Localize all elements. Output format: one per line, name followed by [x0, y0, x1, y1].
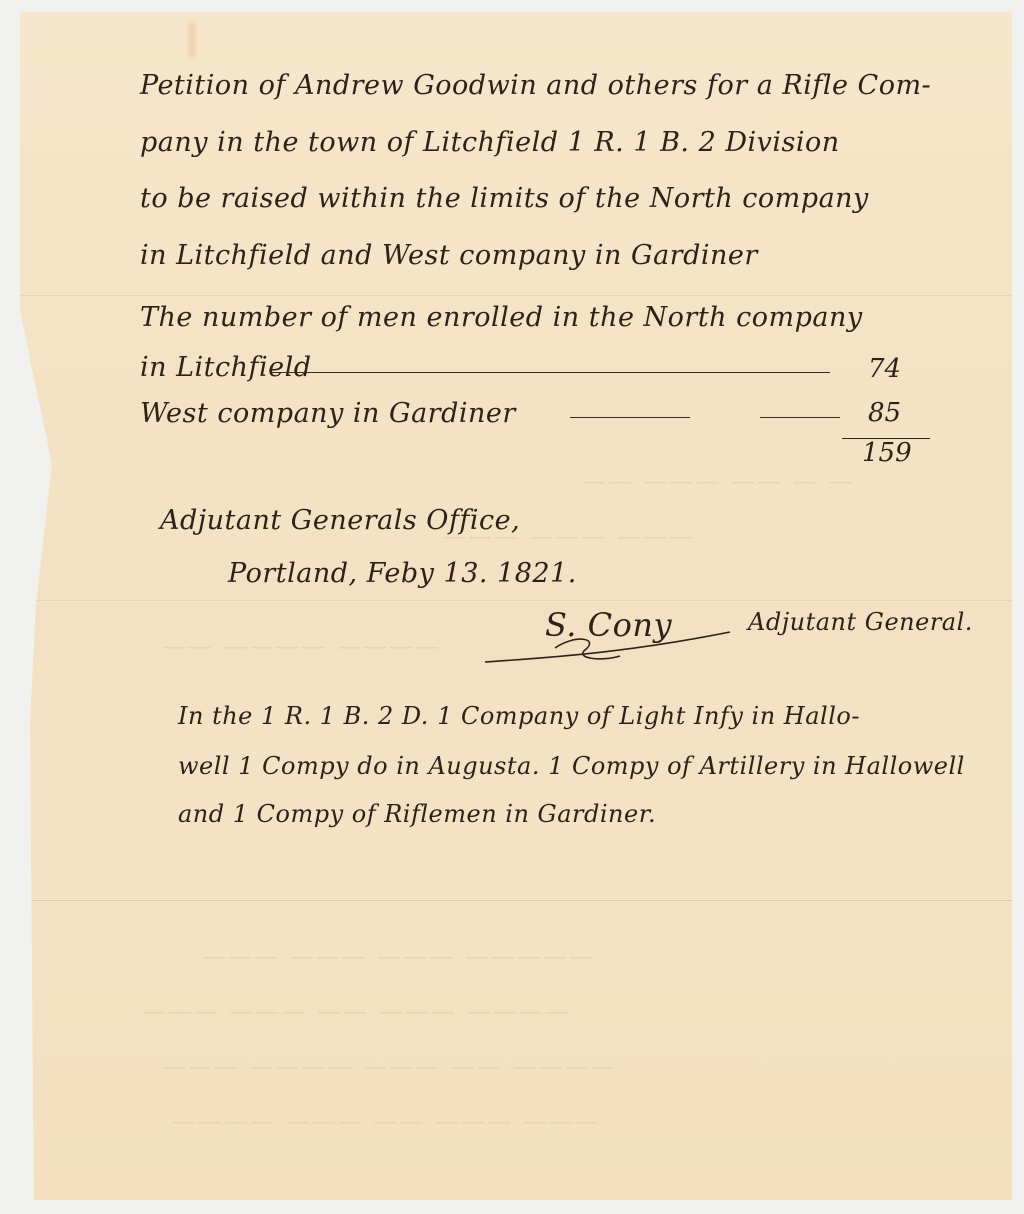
enrollment-row-value: 74 [868, 354, 901, 384]
bleed-through: ———— ——— —— ——— ——— [140, 997, 569, 1025]
office-name: Adjutant Generals Office, [160, 505, 520, 536]
document-scan: — — —— ——— —— ——— ——— ——— ———— ———— —— —… [0, 0, 1024, 1214]
bleed-through: ———— ———— —— [160, 632, 439, 660]
paper-stain [188, 22, 196, 58]
leader-line [760, 417, 840, 418]
bleed-through: — — —— ——— —— [580, 467, 853, 495]
note-line-2: well 1 Compy do in Augusta. 1 Compy of A… [178, 752, 965, 780]
enrollment-total: 159 [862, 438, 912, 468]
office-date: Portland, Feby 13. 1821. [228, 558, 577, 589]
bleed-through: ———— —— ——— ———— ——— [160, 1052, 615, 1080]
note-line-1: In the 1 R. 1 B. 2 D. 1 Company of Light… [178, 702, 860, 730]
enrollment-row-label: West company in Gardiner [140, 398, 516, 429]
enrollment-heading: The number of men enrolled in the North … [140, 302, 863, 333]
petition-line-4: in Litchfield and West company in Gardin… [140, 240, 758, 271]
signature-title: Adjutant General. [748, 608, 973, 636]
enrollment-row-value: 85 [868, 398, 901, 428]
signature-flourish-icon [480, 628, 740, 668]
petition-line-2: pany in the town of Litchfield 1 R. 1 B.… [140, 127, 840, 158]
fold-line [20, 295, 1012, 297]
petition-line-1: Petition of Andrew Goodwin and others fo… [140, 70, 931, 101]
fold-line [20, 600, 1012, 602]
leader-line [570, 417, 690, 418]
note-line-3: and 1 Compy of Riflemen in Gardiner. [178, 800, 656, 828]
leader-line [270, 372, 830, 373]
fold-line [20, 900, 1012, 902]
bleed-through: ————— ——— ——— ——— [200, 942, 593, 970]
bleed-through: ——— ——— —— ——— ———— [170, 1107, 599, 1135]
enrollment-row-label: in Litchfield [140, 352, 312, 383]
petition-line-3: to be raised within the limits of the No… [140, 183, 869, 214]
